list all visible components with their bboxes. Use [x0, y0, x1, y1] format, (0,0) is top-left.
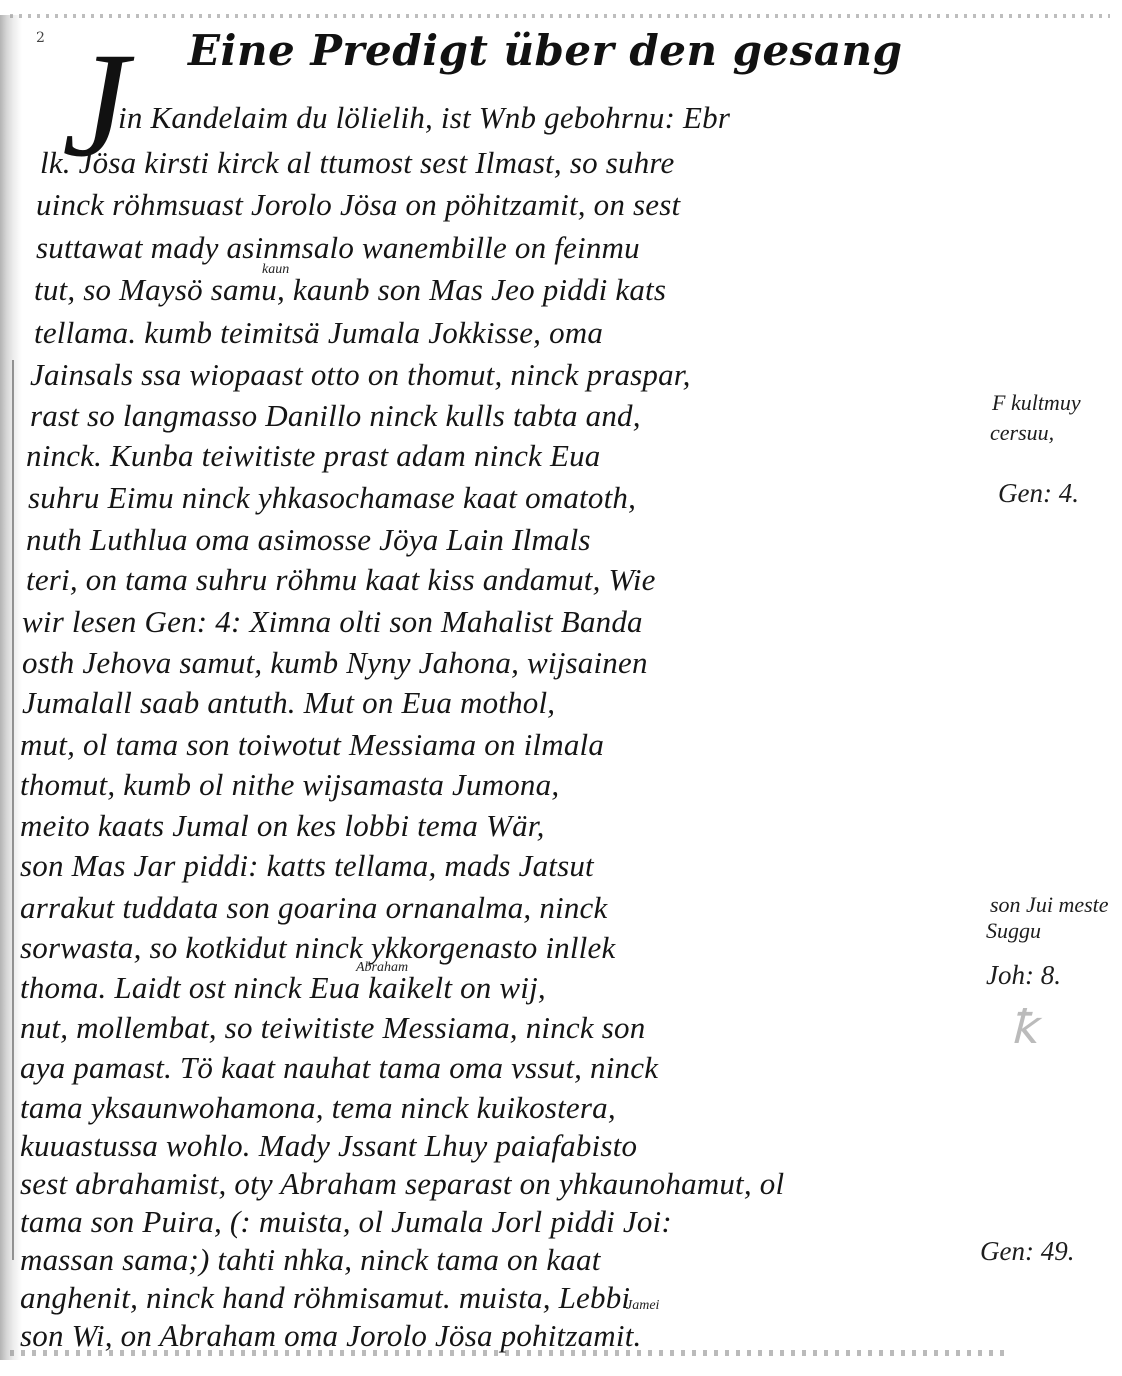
text-line: son Mas Jar piddi: katts tellama, mads J…	[20, 848, 594, 884]
text-line: nut, mollembat, so teiwitiste Messiama, …	[20, 1010, 645, 1046]
text-line: son Wi, on Abraham oma Jorolo Jösa pohit…	[20, 1318, 641, 1354]
interlinear-note: Abraham	[356, 960, 408, 976]
text-line: rast so langmasso Danillo ninck kulls ta…	[30, 398, 641, 434]
text-line: suhru Eimu ninck yhkasochamase kaat omat…	[28, 480, 636, 516]
interlinear-note: Jamei	[626, 1298, 659, 1314]
text-line: in Kandelaim du lölielih, ist Wnb gebohr…	[118, 100, 730, 136]
text-line: tama yksaunwohamona, tema ninck kuikoste…	[20, 1090, 616, 1126]
text-line: suttawat mady asinmsalo wanembille on fe…	[36, 230, 640, 266]
text-line: nuth Luthlua oma asimosse Jöya Lain Ilma…	[26, 522, 591, 558]
text-line: sest abrahamist, oty Abraham separast on…	[20, 1166, 784, 1202]
text-line: thoma. Laidt ost ninck Eua kaikelt on wi…	[20, 970, 546, 1006]
page-title: Eine Predigt über den gesang	[188, 26, 902, 75]
text-line: massan sama;) tahti nhka, ninck tama on …	[20, 1242, 601, 1278]
binding-shadow	[0, 15, 22, 1360]
text-line: sorwasta, so kotkidut ninck ykkorgenasto…	[20, 930, 615, 966]
manuscript-page: 2 J Eine Predigt über den gesang in Kand…	[0, 0, 1122, 1376]
margin-note: son Jui meste	[990, 892, 1109, 918]
text-line: lk. Jösa kirsti kirck al ttumost sest Il…	[40, 145, 674, 181]
text-line: meito kaats Jumal on kes lobbi tema Wär,	[20, 808, 545, 844]
text-line: mut, ol tama son toiwotut Messiama on il…	[20, 727, 604, 763]
text-line: aya pamast. Tö kaat nauhat tama oma vssu…	[20, 1050, 658, 1086]
text-line: teri, on tama suhru röhmu kaat kiss anda…	[26, 562, 656, 598]
margin-rule	[12, 360, 14, 1260]
text-line: anghenit, ninck hand röhmisamut. muista,…	[20, 1280, 630, 1316]
text-line: wir lesen Gen: 4: Ximna olti son Mahalis…	[22, 604, 643, 640]
text-line: tellama. kumb teimitsä Jumala Jokkisse, …	[34, 315, 603, 351]
margin-note: Suggu	[986, 918, 1041, 944]
text-line: Jainsals ssa wiopaast otto on thomut, ni…	[30, 357, 691, 393]
interlinear-note: kaun	[262, 262, 289, 278]
text-line: tut, so Maysö samu, kaunb son Mas Jeo pi…	[34, 272, 666, 308]
text-line: kuuastussa wohlo. Mady Jssant Lhuy paiaf…	[20, 1128, 637, 1164]
margin-reference: Joh: 8.	[986, 960, 1061, 991]
margin-reference: Gen: 4.	[998, 478, 1079, 509]
text-line: tama son Puira, (: muista, ol Jumala Jor…	[20, 1204, 672, 1240]
text-line: ninck. Kunba teiwitiste prast adam ninck…	[26, 438, 601, 474]
text-line: osth Jehova samut, kumb Nyny Jahona, wij…	[22, 645, 648, 681]
text-line: thomut, kumb ol nithe wijsamasta Jumona,	[20, 767, 559, 803]
text-line: Jumalall saab antuth. Mut on Eua mothol,	[22, 685, 555, 721]
text-line: arrakut tuddata son goarina ornanalma, n…	[20, 890, 607, 926]
margin-note: cersuu,	[990, 420, 1054, 446]
margin-reference: Gen: 49.	[980, 1236, 1074, 1267]
ink-smudge: ꝁ	[1010, 1000, 1037, 1054]
margin-note: F kultmuy	[992, 390, 1081, 416]
page-number: 2	[36, 30, 45, 46]
text-line: uinck röhmsuast Jorolo Jösa on pöhitzami…	[36, 187, 680, 223]
page-top-edge	[10, 14, 1110, 18]
